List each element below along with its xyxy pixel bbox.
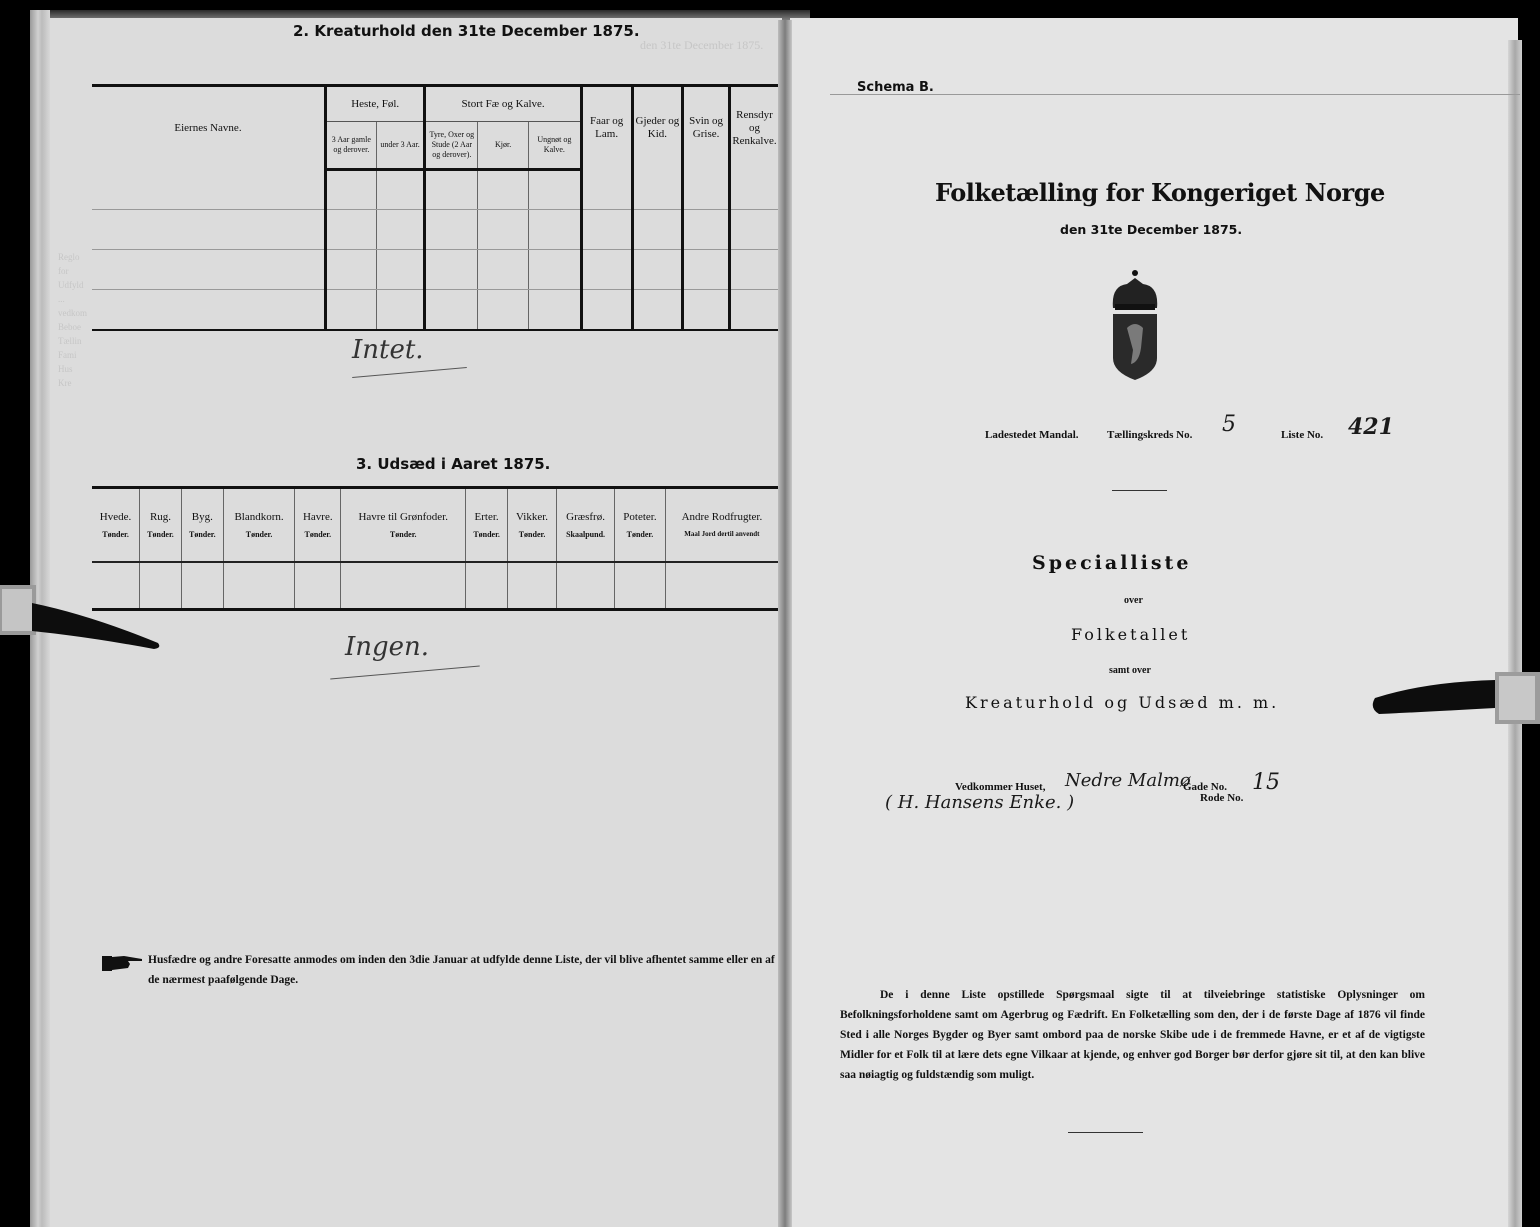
bottom-divider-rule [1068, 1132, 1143, 1133]
right-page-edge [1508, 40, 1522, 1227]
col-svin: Svin og Grise. [683, 86, 730, 170]
liste-label: Liste No. [1281, 429, 1323, 441]
left-page-clip [0, 585, 170, 660]
table-cell [92, 170, 325, 210]
udsaed-table: Hvede.Tønder. Rug.Tønder. Byg.Tønder. Bl… [92, 486, 778, 611]
col-kjor: Kjør. [478, 122, 529, 170]
ladested-label: Ladestedet Mandal. [985, 429, 1079, 441]
col-faar: Faar og Lam. [581, 86, 632, 170]
table-cell [92, 210, 325, 250]
section2-signature: Intet. [352, 335, 424, 365]
table-row [92, 210, 778, 250]
census-date: den 31te December 1875. [1060, 222, 1242, 237]
col-graesfro: Græsfrø.Skaalpund. [557, 488, 615, 562]
col-tyre: Tyre, Oxer og Stude (2 Aar og derover). [425, 122, 478, 170]
pointing-hand-icon [100, 953, 144, 973]
col-gjeder: Gjeder og Kid. [632, 86, 683, 170]
kreaturhold-title: Kreaturhold og Udsæd m. m. [965, 693, 1279, 712]
section3-heading: 3. Udsæd i Aaret 1875. [356, 455, 550, 473]
explanatory-paragraph: De i denne Liste opstillede Spørgsmaal s… [840, 985, 1425, 1085]
table-row [92, 290, 778, 330]
faint-rule [830, 94, 1520, 95]
right-page-clip [1365, 668, 1540, 728]
schema-label: Schema B. [857, 80, 934, 95]
kreds-label: Tællingskreds No. [1107, 429, 1192, 441]
kreds-value: 5 [1222, 412, 1236, 437]
liste-value: 421 [1348, 414, 1394, 440]
norwegian-coat-of-arms-icon [1105, 268, 1165, 380]
col-havre: Havre.Tønder. [295, 488, 341, 562]
census-title: Folketælling for Kongeriget Norge [935, 178, 1385, 207]
folketallet-title: Folketallet [1071, 625, 1190, 644]
col-havre-gronfoder: Havre til Grønfoder.Tønder. [341, 488, 466, 562]
col-vikker: Vikker.Tønder. [508, 488, 557, 562]
col-group-storfae: Stort Fæ og Kalve. [425, 86, 581, 122]
rode-label: Rode No. [1200, 792, 1243, 804]
book-gutter [778, 20, 792, 1227]
gade-value: 15 [1252, 770, 1280, 795]
col-rensdyr: Rensdyr og Renkalve. [729, 86, 778, 170]
col-heste-3aar: 3 Aar gamle og derover. [325, 122, 376, 170]
col-rug: Rug.Tønder. [140, 488, 182, 562]
divider-rule [1112, 490, 1167, 491]
col-hvede: Hvede.Tønder. [92, 488, 140, 562]
col-erter: Erter.Tønder. [466, 488, 508, 562]
specialliste-title: Specialliste [1032, 552, 1191, 574]
col-andre-rodfrugter: Andre Rodfrugter.Maal Jord dertil anvend… [665, 488, 778, 562]
table-row [92, 250, 778, 290]
col-byg: Byg.Tønder. [181, 488, 223, 562]
street-value: Nedre Malmø [1065, 770, 1191, 791]
col-poteter: Poteter.Tønder. [615, 488, 666, 562]
col-group-heste: Heste, Føl. [325, 86, 424, 122]
samt-over-label: samt over [1109, 665, 1151, 676]
col-owner-names: Eiernes Navne. [92, 86, 325, 170]
instruction-notice: Husfædre og andre Foresatte anmodes om i… [148, 950, 778, 990]
col-ungnot: Ungnøt og Kalve. [528, 122, 581, 170]
section2-heading: 2. Kreaturhold den 31te December 1875. [293, 22, 640, 40]
table-cell [92, 250, 325, 290]
col-heste-under3: under 3 Aar. [376, 122, 425, 170]
col-blandkorn: Blandkorn.Tønder. [223, 488, 295, 562]
table-row [92, 170, 778, 210]
kreaturhold-table: Eiernes Navne. Heste, Føl. Stort Fæ og K… [92, 84, 778, 331]
over-label: over [1124, 595, 1143, 606]
table-row [92, 562, 778, 610]
owner-value: ( H. Hansens Enke. ) [885, 792, 1074, 813]
bleed-through-date: den 31te December 1875. [640, 38, 780, 54]
section3-signature: Ingen. [345, 632, 429, 662]
table-cell [92, 290, 325, 330]
